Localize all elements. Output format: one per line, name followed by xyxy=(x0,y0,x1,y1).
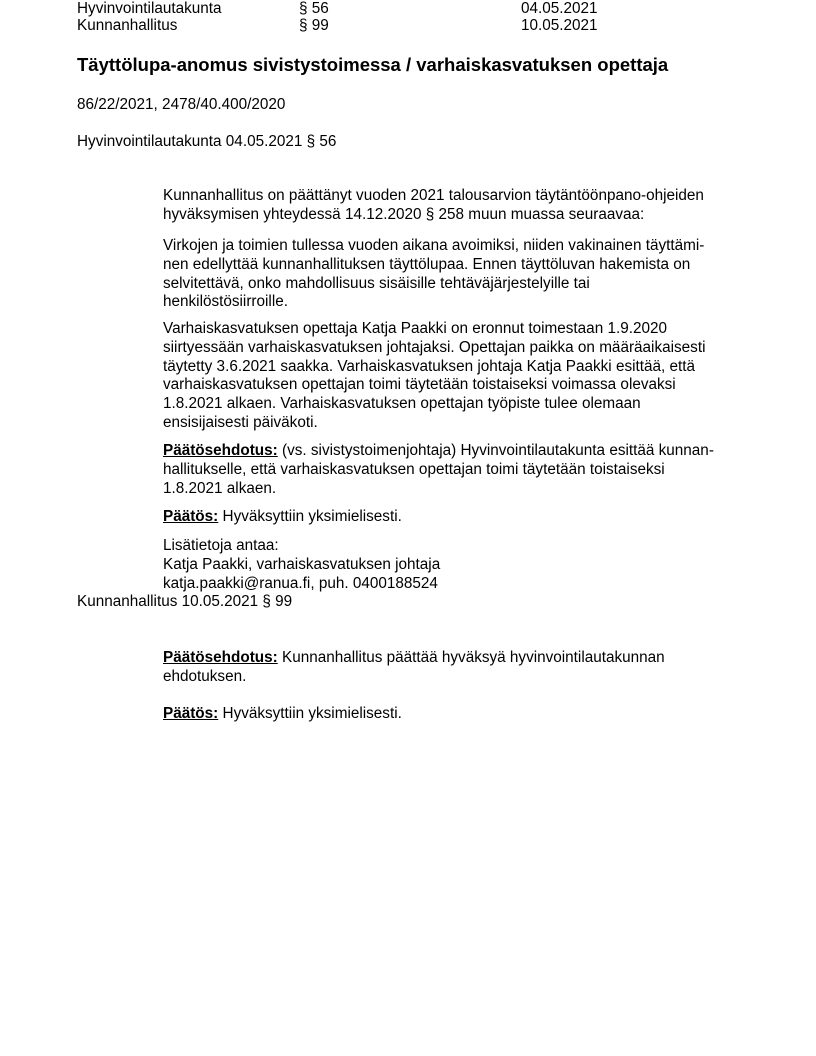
text-line: Katja Paakki, varhaiskasvatuksen johtaja xyxy=(163,556,753,575)
text-line: hyväksymisen yhteydessä 14.12.2020 § 258… xyxy=(163,206,753,225)
decision-label: Päätös: xyxy=(163,705,218,722)
proposal-text: (vs. sivistystoimenjohtaja) Hyvinvointil… xyxy=(278,442,714,459)
text-line: 1.8.2021 alkaen. Varhaiskasvatuksen opet… xyxy=(163,395,753,414)
text-line: hallitukselle, että varhaiskasvatuksen o… xyxy=(163,461,753,480)
proposal-label: Päätösehdotus: xyxy=(163,442,278,459)
text-line: ensisijaisesti päiväkoti. xyxy=(163,414,753,433)
document-title: Täyttölupa-anomus sivistystoimessa / var… xyxy=(77,54,668,76)
text-line: Lisätietoja antaa: xyxy=(163,537,753,556)
text-line: Päätös: Hyväksyttiin yksimielisesti. xyxy=(163,508,753,527)
text-line: Päätösehdotus: (vs. sivistystoimenjohtaj… xyxy=(163,442,753,461)
text-line: Päätösehdotus: Kunnanhallitus päättää hy… xyxy=(163,649,753,668)
section1-paragraph1: Kunnanhallitus on päättänyt vuoden 2021 … xyxy=(163,187,753,225)
section1-decision: Päätös: Hyväksyttiin yksimielisesti. xyxy=(163,508,753,527)
proposal-label: Päätösehdotus: xyxy=(163,649,278,666)
text-line: Kunnanhallitus on päättänyt vuoden 2021 … xyxy=(163,187,753,206)
section2-proposal: Päätösehdotus: Kunnanhallitus päättää hy… xyxy=(163,649,753,687)
proposal-text: Kunnanhallitus päättää hyväksyä hyvinvoi… xyxy=(278,649,665,666)
section1-proposal: Päätösehdotus: (vs. sivistystoimenjohtaj… xyxy=(163,442,753,498)
section1-heading: Hyvinvointilautakunta 04.05.2021 § 56 xyxy=(77,133,336,151)
meeting-date: 04.05.2021 xyxy=(521,0,598,18)
reference-number: 86/22/2021, 2478/40.400/2020 xyxy=(77,96,285,114)
meeting-date: 10.05.2021 xyxy=(521,17,598,35)
text-line: nen edellyttää kunnanhallituksen täyttöl… xyxy=(163,256,753,275)
section-number: § 56 xyxy=(299,0,329,18)
body-name: Hyvinvointilautakunta xyxy=(77,0,222,18)
section2-decision: Päätös: Hyväksyttiin yksimielisesti. xyxy=(163,705,753,724)
decision-text: Hyväksyttiin yksimielisesti. xyxy=(218,508,402,525)
contact-info: Lisätietoja antaa: Katja Paakki, varhais… xyxy=(163,537,753,593)
section1-paragraph2: Virkojen ja toimien tullessa vuoden aika… xyxy=(163,237,753,312)
section2-heading: Kunnanhallitus 10.05.2021 § 99 xyxy=(77,593,292,611)
section-number: § 99 xyxy=(299,17,329,35)
text-line: Virkojen ja toimien tullessa vuoden aika… xyxy=(163,237,753,256)
text-line: katja.paakki@ranua.fi, puh. 0400188524 xyxy=(163,575,753,594)
text-line: selvitettävä, onko mahdollisuus sisäisil… xyxy=(163,275,753,294)
body-name: Kunnanhallitus xyxy=(77,17,177,35)
text-line: varhaiskasvatuksen opettajan toimi täyte… xyxy=(163,376,753,395)
decision-label: Päätös: xyxy=(163,508,218,525)
text-line: Varhaiskasvatuksen opettaja Katja Paakki… xyxy=(163,320,753,339)
text-line: siirtyessään varhaiskasvatuksen johtajak… xyxy=(163,339,753,358)
section1-paragraph3: Varhaiskasvatuksen opettaja Katja Paakki… xyxy=(163,320,753,433)
decision-text: Hyväksyttiin yksimielisesti. xyxy=(218,705,402,722)
text-line: Päätös: Hyväksyttiin yksimielisesti. xyxy=(163,705,753,724)
text-line: henkilöstösiirroille. xyxy=(163,293,753,312)
text-line: täytetty 3.6.2021 saakka. Varhaiskasvatu… xyxy=(163,358,753,377)
text-line: 1.8.2021 alkaen. xyxy=(163,480,753,499)
text-line: ehdotuksen. xyxy=(163,668,753,687)
